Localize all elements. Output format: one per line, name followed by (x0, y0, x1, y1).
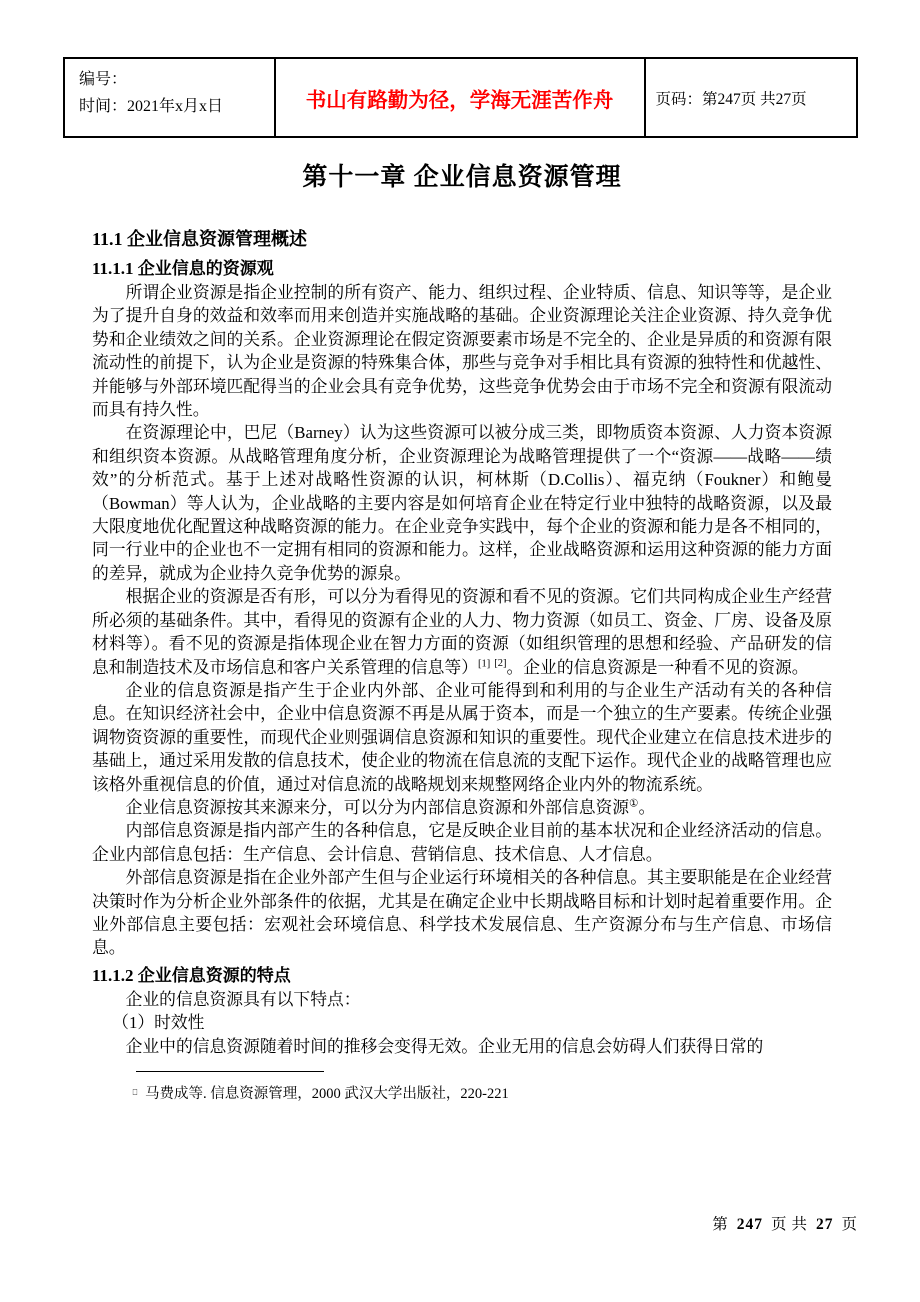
motto-text: 书山有路勤为径，学海无涯苦作舟 (306, 83, 614, 113)
citation-ref-1: [1] (478, 658, 490, 669)
footnote-marker-icon: □ (133, 1084, 137, 1102)
citation-ref-2: [2] (494, 658, 506, 669)
date-label: 时间：2021年x月x日 (79, 93, 270, 120)
footnote-separator (136, 1071, 324, 1072)
paragraph-features-intro: 企业的信息资源具有以下特点： (92, 988, 832, 1011)
paragraph-text: 。企业的信息资源是一种看不见的资源。 (506, 658, 808, 677)
footer-text: 第 (712, 1216, 729, 1233)
paragraph-barney-theory: 在资源理论中，巴尼（Barney）认为这些资源可以被分成三类，即物质资本资源、人… (92, 421, 832, 585)
header-cell-page: 页码：第247页 共27页 (646, 59, 856, 136)
paragraph-source-classification: 企业信息资源按其来源来分，可以分为内部信息资源和外部信息资源①。 (92, 796, 832, 819)
footnote-text: 马费成等. 信息资源管理，2000 武汉大学出版社，220-221 (145, 1086, 509, 1102)
document-title: 第十一章 企业信息资源管理 (92, 160, 832, 196)
paragraph-info-resource-definition: 企业的信息资源是指产生于企业内外部、企业可能得到和利用的与企业生产活动有关的各种… (92, 679, 832, 796)
paragraph-resource-view: 所谓企业资源是指企业控制的所有资产、能力、组织过程、企业特质、信息、知识等等，是… (92, 281, 832, 421)
paragraph-timeliness-detail: 企业中的信息资源随着时间的推移会变得无效。企业无用的信息会妨碍人们获得日常的 (92, 1035, 832, 1058)
footer-page-number: 247 (737, 1216, 763, 1233)
section-heading-11-1: 11.1 企业信息资源管理概述 (92, 227, 832, 252)
subsection-heading-11-1-1: 11.1.1 企业信息的资源观 (92, 256, 832, 281)
document-page: { "colors": { "motto_red": "#ff0000", "t… (0, 0, 920, 1302)
header-table: 编号： 时间：2021年x月x日 书山有路勤为径，学海无涯苦作舟 页码：第247… (63, 57, 858, 138)
paragraph-tangible-intangible: 根据企业的资源是否有形，可以分为看得见的资源和看不见的资源。它们共同构成企业生产… (92, 585, 832, 679)
list-item-timeliness: （1）时效性 (92, 1011, 832, 1034)
paragraph-text: 。 (638, 798, 655, 817)
header-cell-motto: 书山有路勤为径，学海无涯苦作舟 (276, 59, 646, 136)
paragraph-text: 企业信息资源按其来源来分，可以分为内部信息资源和外部信息资源 (126, 798, 629, 817)
page-footer: 第247页共27页 (710, 1212, 860, 1234)
paragraph-internal-info: 内部信息资源是指内部产生的各种信息，它是反映企业目前的基本状况和企业经济活动的信… (92, 819, 832, 866)
header-cell-number-date: 编号： 时间：2021年x月x日 (65, 59, 276, 136)
footnote: □马费成等. 信息资源管理，2000 武汉大学出版社，220-221 (132, 1084, 832, 1103)
footer-total-pages: 27 (816, 1216, 834, 1233)
document-body: 第十一章 企业信息资源管理 11.1 企业信息资源管理概述 11.1.1 企业信… (92, 160, 832, 1103)
number-label: 编号： (79, 66, 270, 93)
footer-text: 共 (791, 1216, 808, 1233)
paragraph-external-info: 外部信息资源是指在企业外部产生但与企业运行环境相关的各种信息。其主要职能是在企业… (92, 866, 832, 960)
subsection-heading-11-1-2: 11.1.2 企业信息资源的特点 (92, 963, 832, 988)
page-number-label: 页码：第247页 共27页 (656, 87, 807, 109)
footer-text: 页 (841, 1216, 858, 1233)
footer-text: 页 (771, 1216, 788, 1233)
